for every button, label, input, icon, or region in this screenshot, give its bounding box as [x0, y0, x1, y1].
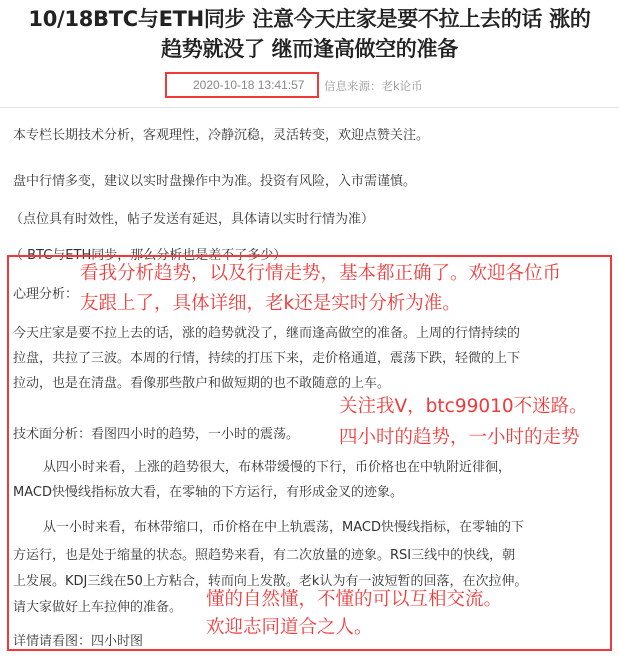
- intro-paragraph-3: （点位具有时效性，帖子发送有延迟，具体请以实时行情为准）: [10, 208, 374, 227]
- annotation-note-3-line-1: 懂的自然懂，不懂的可以互相交流。: [206, 586, 502, 614]
- psych-analysis-label: 心理分析：: [13, 283, 78, 302]
- intro-paragraph-2: 盘中行情多变，建议以实时盘操作中为准。投资有风险，入市需谨慎。: [13, 170, 416, 189]
- psych-line-3: 拉动，也是在清盘。看像那些散户和做短期的也不敢随意的上车。: [13, 372, 390, 391]
- one-hour-line-4: 请大家做好上车拉伸的准备。: [13, 596, 182, 615]
- annotation-note-2-line-2: 四小时的趋势，一小时的走势: [339, 424, 580, 452]
- annotation-note-1-line-2: 友跟上了，具体详细，老k还是实时分析为准。: [80, 290, 461, 318]
- source-label: 信息来源：老k论币: [324, 78, 423, 94]
- article-meta: 2020-10-18 13:41:57 信息来源：老k论币: [0, 72, 619, 98]
- header-divider: [0, 107, 619, 108]
- four-hour-line-1: 从四小时来看，上涨的趋势很大，布林带缓慢的下行，币价格也在中轨附近徘徊，: [43, 456, 511, 475]
- one-hour-line-1: 从一小时来看，布林带缩口，币价格在中上轨震荡，MACD快慢线指标，在零轴的下: [43, 516, 524, 535]
- annotation-note-1-line-1: 看我分析趋势，以及行情走势，基本都正确了。欢迎各位币: [80, 260, 561, 288]
- title-line-1: 10/18BTC与ETH同步 注意今天庄家是要不拉上去的话 涨的: [0, 4, 619, 34]
- publish-date: 2020-10-18 13:41:57: [193, 78, 304, 92]
- four-hour-line-2: MACD快慢线指标放大看，在零轴的下方运行，有形成金叉的迹象。: [13, 481, 403, 500]
- tech-analysis-label: 技术面分析：看图四小时的趋势，一小时的震荡。: [13, 423, 299, 442]
- title-line-2: 趋势就没了 继而逢高做空的准备: [0, 34, 619, 64]
- psych-line-2: 拉盘，共拉了三波。本周的行情，持续的打压下来，走价格通道，震荡下跌，轻微的上下: [13, 347, 520, 366]
- detail-chart-label: 详情请看图：四小时图: [13, 630, 143, 649]
- annotation-note-3-line-2: 欢迎志同道合之人。: [206, 614, 373, 642]
- article-title: 10/18BTC与ETH同步 注意今天庄家是要不拉上去的话 涨的 趋势就没了 继…: [0, 4, 619, 64]
- annotation-note-2-line-1: 关注我V，btc99010不迷路。: [339, 393, 588, 421]
- one-hour-line-2: 方运行，也是处于缩量的状态。照趋势来看，有二次放量的迹象。RSI三线中的快线，朝: [13, 544, 515, 563]
- date-highlight-box: 2020-10-18 13:41:57: [165, 72, 319, 98]
- psych-line-1: 今天庄家是要不拉上去的话，涨的趋势就没了，继而逢高做空的准备。上周的行情持续的: [13, 322, 520, 341]
- intro-paragraph-1: 本专栏长期技术分析，客观理性，冷静沉稳，灵活转变，欢迎点赞关注。: [13, 124, 429, 143]
